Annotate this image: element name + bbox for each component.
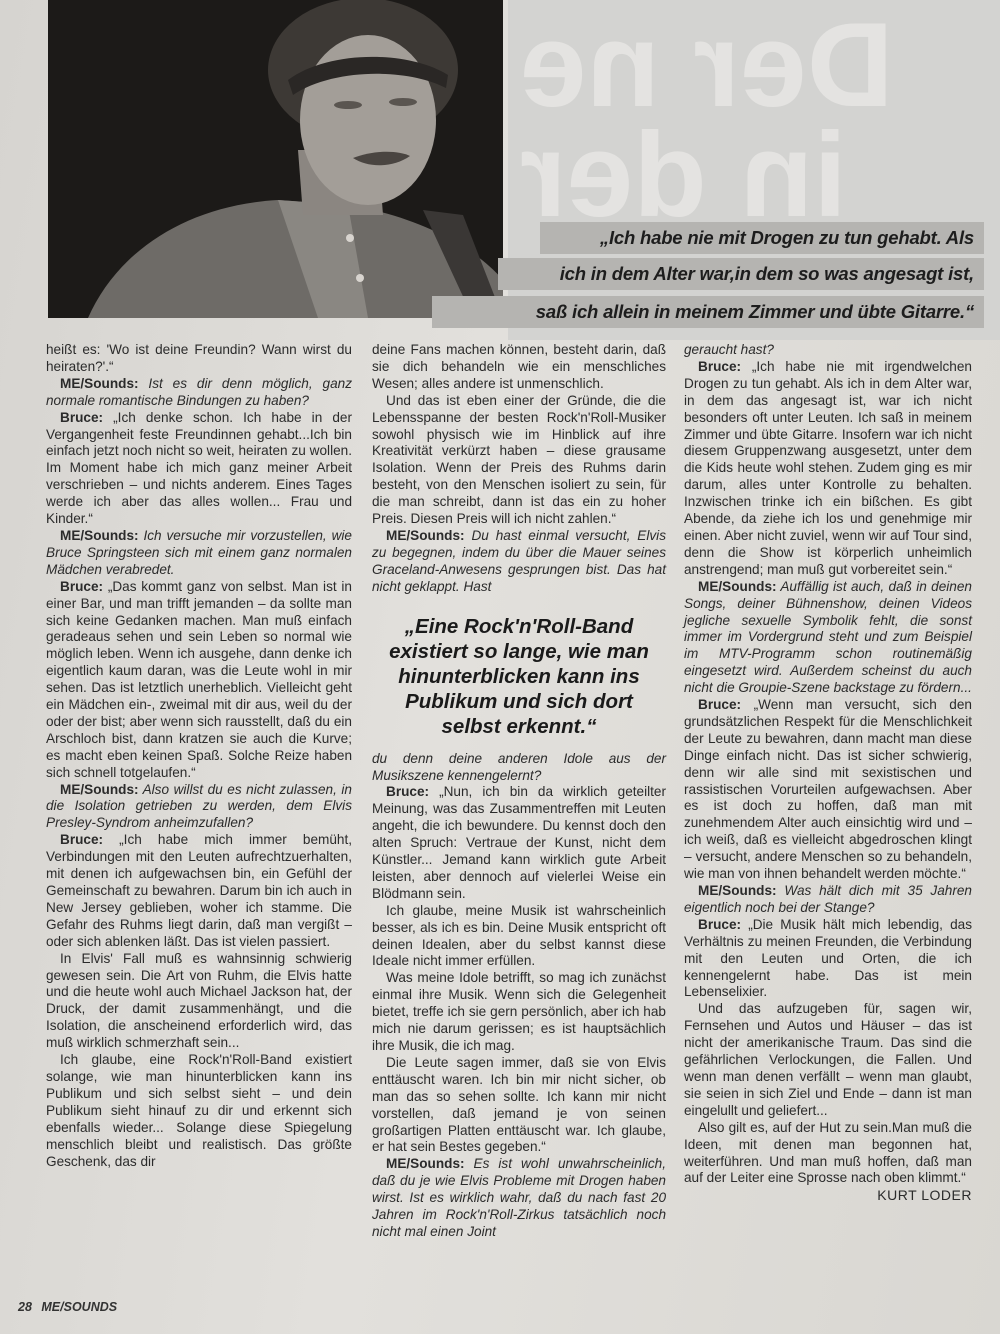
speaker-label: Bruce:	[698, 697, 741, 712]
speaker-label: Bruce:	[698, 359, 741, 374]
interview-answer: Bruce: „Die Musik hält mich lebendig, da…	[684, 917, 972, 1002]
pull-quote-band: saß ich allein in meinem Zimmer und übte…	[432, 296, 984, 328]
interview-question: ME/Sounds: Es ist wohl unwahrscheinlich,…	[372, 1156, 666, 1241]
portrait-illustration	[48, 0, 503, 318]
interview-question: ME/Sounds: Also willst du es nicht zulas…	[46, 782, 352, 833]
speaker-label: ME/Sounds:	[60, 528, 139, 543]
article-column-3: geraucht hast? Bruce: „Ich habe nie mit …	[684, 342, 972, 1204]
paragraph: Und das ist eben einer der Gründe, die d…	[372, 393, 666, 528]
interview-answer: Bruce: „Das kommt ganz von selbst. Man i…	[46, 579, 352, 782]
interview-answer: Bruce: „Ich habe nie mit irgendwelchen D…	[684, 359, 972, 579]
magazine-name: ME/SOUNDS	[41, 1300, 117, 1314]
paragraph: Also gilt es, auf der Hut zu sein.Man mu…	[684, 1120, 972, 1188]
interview-question: du denn deine anderen Idole aus der Musi…	[372, 751, 666, 785]
pull-quote-middle: „Eine Rock'n'Roll-Band existiert so lang…	[376, 614, 662, 739]
paragraph: Ich glaube, eine Rock'n'Roll-Band existi…	[46, 1052, 352, 1170]
interview-question: ME/Sounds: Was hält dich mit 35 Jahren e…	[684, 883, 972, 917]
speaker-label: Bruce:	[698, 917, 741, 932]
paragraph: deine Fans machen können, besteht darin,…	[372, 342, 666, 393]
pull-quote-band: ich in dem Alter war,in dem so was anges…	[498, 258, 984, 290]
paragraph: Was meine Idole betrifft, so mag ich zun…	[372, 970, 666, 1055]
paragraph: Die Leute sagen immer, daß sie von Elvis…	[372, 1055, 666, 1156]
article-column-2: deine Fans machen können, besteht darin,…	[372, 342, 666, 1241]
interview-answer: Bruce: „Ich denke schon. Ich habe in der…	[46, 410, 352, 528]
author-byline: KURT LODER	[684, 1187, 972, 1204]
speaker-label: Bruce:	[386, 784, 429, 799]
springsteen-photo	[48, 0, 503, 318]
speaker-label: ME/Sounds:	[698, 579, 777, 594]
paragraph: Ich glaube, meine Musik ist wahrscheinli…	[372, 903, 666, 971]
article-column-1: heißt es: 'Wo ist deine Freundin? Wann w…	[46, 342, 352, 1170]
ghost-headline-line: in der	[520, 120, 1000, 220]
interview-answer: Bruce: „Nun, ich bin da wirklich geteilt…	[372, 784, 666, 902]
speaker-label: ME/Sounds:	[698, 883, 777, 898]
pull-quote-band: „Ich habe nie mit Drogen zu tun gehabt. …	[540, 222, 984, 254]
ghost-headline-line: Der ne	[520, 10, 1000, 120]
interview-question: geraucht hast?	[684, 342, 972, 359]
speaker-label: ME/Sounds:	[386, 1156, 465, 1171]
paragraph: heißt es: 'Wo ist deine Freundin? Wann w…	[46, 342, 352, 376]
interview-question: ME/Sounds: Auffällig ist auch, daß in de…	[684, 579, 972, 697]
speaker-label: ME/Sounds:	[386, 528, 465, 543]
interview-question: ME/Sounds: Ich versuche mir vorzustellen…	[46, 528, 352, 579]
paragraph: In Elvis' Fall muß es wahnsinnig schwier…	[46, 951, 352, 1052]
speaker-label: ME/Sounds:	[60, 376, 139, 391]
interview-question: ME/Sounds: Ist es dir denn möglich, ganz…	[46, 376, 352, 410]
speaker-label: Bruce:	[60, 579, 103, 594]
speaker-label: Bruce:	[60, 832, 103, 847]
paragraph: Und das aufzugeben für, sagen wir, Ferns…	[684, 1001, 972, 1119]
ghost-headline: Der ne in der	[520, 10, 1000, 220]
magazine-page: Der ne in der „Ich habe nie mi	[0, 0, 1000, 1334]
interview-answer: Bruce: „Wenn man versucht, sich den grun…	[684, 697, 972, 883]
speaker-label: ME/Sounds:	[60, 782, 139, 797]
page-number: 28	[18, 1300, 32, 1314]
interview-answer: Bruce: „Ich habe mich immer bemüht, Verb…	[46, 832, 352, 950]
speaker-label: Bruce:	[60, 410, 103, 425]
page-footer: 28 ME/SOUNDS	[18, 1300, 117, 1314]
interview-question: ME/Sounds: Du hast einmal versucht, Elvi…	[372, 528, 666, 596]
